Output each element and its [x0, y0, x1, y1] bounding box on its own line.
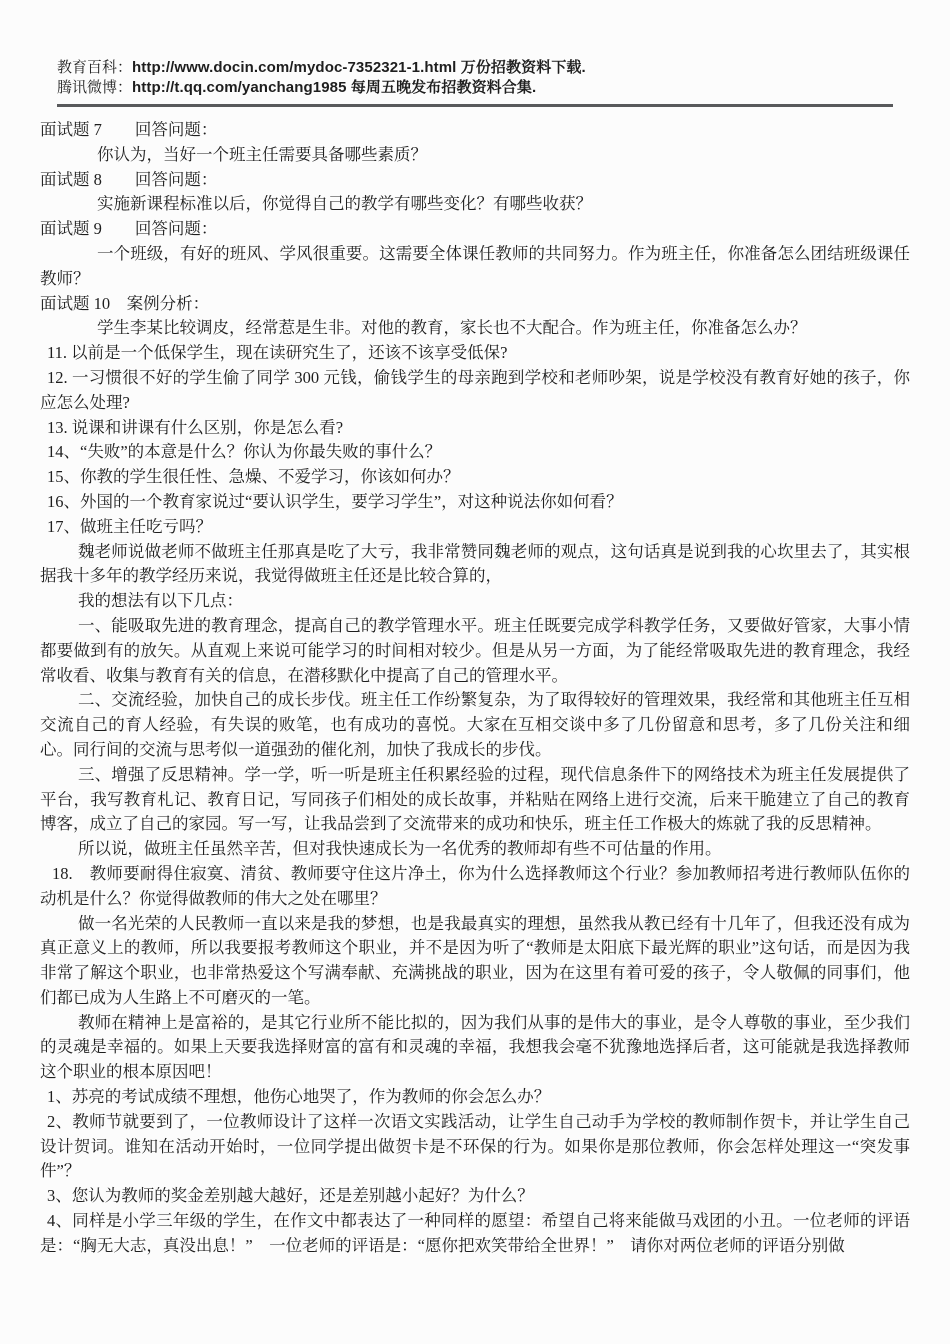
paragraph: 11. 以前是一个低保学生，现在读研究生了，还该不该享受低保? [40, 341, 910, 366]
paragraph: 面试题 10 案例分析： [40, 292, 910, 317]
page-header: 教育百科：http://www.docin.com/mydoc-7352321-… [40, 58, 910, 98]
header-label-1: 教育百科： [57, 60, 132, 76]
paragraph: 17、做班主任吃亏吗？ [40, 515, 910, 540]
header-suffix-1: 万份招教资料下载. [456, 59, 585, 76]
paragraph: 所以说，做班主任虽然辛苦，但对我快速成长为一名优秀的教师却有些不可估量的作用。 [40, 837, 910, 862]
paragraph: 学生李某比较调皮，经常惹是生非。对他的教育，家长也不大配合。作为班主任，你准备怎… [40, 316, 910, 341]
paragraph: 1、苏亮的考试成绩不理想，他伤心地哭了，作为教师的你会怎么办？ [40, 1085, 910, 1110]
header-line-2: 腾讯微博：http://t.qq.com/yanchang1985 每周五晚发布… [57, 78, 910, 98]
header-suffix-2: 每周五晚发布招教资料合集. [347, 79, 537, 96]
paragraph: 面试题 7 回答问题： [40, 118, 910, 143]
paragraph: 实施新课程标准以后，你觉得自己的教学有哪些变化？有哪些收获？ [40, 192, 910, 217]
paragraph: 一个班级，有好的班风、学风很重要。这需要全体课任教师的共同努力。作为班主任，你准… [40, 242, 910, 292]
paragraph: 12. 一习惯很不好的学生偷了同学 300 元钱，偷钱学生的母亲跑到学校和老师吵… [40, 366, 910, 416]
header-divider [57, 104, 893, 107]
paragraph: 3、您认为教师的奖金差别越大越好，还是差别越小起好？为什么？ [40, 1184, 910, 1209]
paragraph: 教师在精神上是富裕的，是其它行业所不能比拟的，因为我们从事的是伟大的事业，是令人… [40, 1011, 910, 1085]
paragraph: 三、增强了反思精神。学一学，听一听是班主任积累经验的过程，现代信息条件下的网络技… [40, 763, 910, 837]
paragraph: 13. 说课和讲课有什么区别，你是怎么看? [40, 416, 910, 441]
paragraph: 二、交流经验，加快自己的成长步伐。班主任工作纷繁复杂，为了取得较好的管理效果，我… [40, 688, 910, 762]
paragraph: 4、同样是小学三年级的学生，在作文中都表达了一种同样的愿望：希望自己将来能做马戏… [40, 1209, 910, 1259]
paragraph: 一、能吸取先进的教育理念，提高自己的教学管理水平。班主任既要完成学科教学任务，又… [40, 614, 910, 688]
paragraph: 18. 教师要耐得住寂寞、清贫、教师要守住这片净土，你为什么选择教师这个行业？参… [40, 862, 910, 912]
paragraph: 魏老师说做老师不做班主任那真是吃了大亏，我非常赞同魏老师的观点，这句话真是说到我… [40, 540, 910, 590]
header-label-2: 腾讯微博： [57, 80, 132, 96]
paragraph: 15、你教的学生很任性、急燥、不爱学习，你该如何办？ [40, 465, 910, 490]
header-line-1: 教育百科：http://www.docin.com/mydoc-7352321-… [57, 58, 910, 78]
paragraph: 你认为，当好一个班主任需要具备哪些素质？ [40, 143, 910, 168]
header-url-1: http://www.docin.com/mydoc-7352321-1.htm… [132, 59, 456, 76]
document-body: 面试题 7 回答问题：你认为，当好一个班主任需要具备哪些素质？面试题 8 回答问… [40, 118, 910, 1259]
paragraph: 面试题 9 回答问题： [40, 217, 910, 242]
paragraph: 做一名光荣的人民教师一直以来是我的梦想，也是我最真实的理想，虽然我从教已经有十几… [40, 912, 910, 1011]
paragraph: 我的想法有以下几点： [40, 589, 910, 614]
header-url-2: http://t.qq.com/yanchang1985 [132, 79, 347, 96]
document-page: 教育百科：http://www.docin.com/mydoc-7352321-… [0, 0, 950, 1259]
paragraph: 面试题 8 回答问题： [40, 168, 910, 193]
paragraph: 14、“失败”的本意是什么？你认为你最失败的事什么？ [40, 440, 910, 465]
paragraph: 16、外国的一个教育家说过“要认识学生，要学习学生”，对这种说法你如何看？ [40, 490, 910, 515]
paragraph: 2、教师节就要到了，一位教师设计了这样一次语文实践活动，让学生自己动手为学校的教… [40, 1110, 910, 1184]
